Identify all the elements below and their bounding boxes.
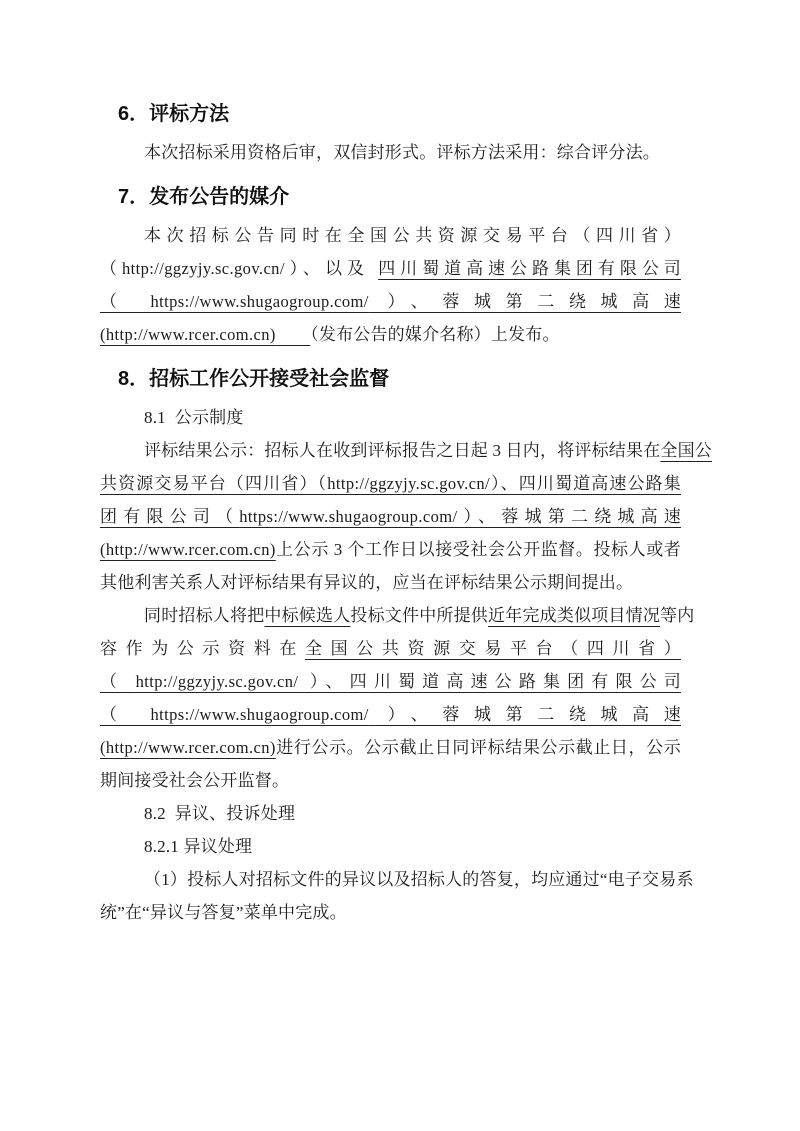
url-text: https://www.shugaogroup.com/ xyxy=(151,292,369,311)
underlined-text: （ xyxy=(100,292,151,311)
underlined-text: 团有限公司（ xyxy=(100,507,239,526)
document-page: 6．评标方法本次招标采用资格后审，双信封形式。评标方法采用：综合评分法。7．发布… xyxy=(0,0,800,1131)
section-heading: 8．招标工作公开接受社会监督 xyxy=(100,364,681,394)
text-segment: 本次招标采用资格后审，双信封形式。评标方法采用：综合评分法。 xyxy=(144,143,660,162)
text-segment: 期间接受社会公开监督。 xyxy=(100,771,289,790)
text-segment: 同时招标人将把 xyxy=(144,606,264,625)
text-line: 8.2.1 异议处理 xyxy=(100,830,681,863)
url-text: (http://www.rcer.com.cn) xyxy=(100,738,276,757)
url-text: http://ggzyjy.sc.gov.cn/ xyxy=(136,672,299,691)
text-line: 评标结果公示：招标人在收到评标报告之日起 3 日内，将评标结果在全国公 xyxy=(100,434,681,467)
text-line: 本次招标采用资格后审，双信封形式。评标方法采用：综合评分法。 xyxy=(100,136,681,169)
url-text: (http://www.rcer.com.cn) xyxy=(100,325,276,344)
document-content: 6．评标方法本次招标采用资格后审，双信封形式。评标方法采用：综合评分法。7．发布… xyxy=(100,86,681,929)
underlined-text: 全国公 xyxy=(660,441,712,460)
underlined-text: （ xyxy=(100,705,151,724)
underlined-run: 全国公共资源交易平台（四川省） xyxy=(305,639,681,658)
underlined-run: (http://www.rcer.com.cn) xyxy=(100,325,310,344)
underlined-run: (http://www.rcer.com.cn) xyxy=(100,540,276,559)
text-line: （ https://www.shugaogroup.com/ ）、蓉城第二绕城高… xyxy=(100,698,681,731)
text-line: （ https://www.shugaogroup.com/ ）、蓉城第二绕城高… xyxy=(100,285,681,318)
underlined-text: 全国公共资源交易平台（四川省） xyxy=(305,639,681,658)
heading-text: 7．发布公告的媒介 xyxy=(118,186,289,208)
underlined-run: 全国公 xyxy=(660,441,712,460)
underlined-run: （ http://ggzyjy.sc.gov.cn/ ）、四川蜀道高速公路集团有… xyxy=(100,672,681,691)
text-line: 容作为公示资料在全国公共资源交易平台（四川省） xyxy=(100,632,681,665)
text-line: 团有限公司（https://www.shugaogroup.com/）、蓉城第二… xyxy=(100,500,681,533)
underlined-run: （ https://www.shugaogroup.com/ ）、蓉城第二绕城高… xyxy=(100,705,681,724)
text-segment: （ xyxy=(100,259,122,278)
underlined-run: 近年完成类似项目情况 xyxy=(488,606,660,625)
underlined-text: ）、四川蜀道高速公路集 xyxy=(490,474,681,493)
text-line: (http://www.rcer.com.cn)上公示 3 个工作日以接受社会公… xyxy=(100,533,681,566)
url-text: http://ggzyjy.sc.gov.cn/ xyxy=(122,259,285,278)
underlined-text: ）、四川蜀道高速公路集团有限公司 xyxy=(298,672,681,691)
underlined-text xyxy=(276,325,310,344)
underlined-run: (http://www.rcer.com.cn) xyxy=(100,738,276,757)
text-segment: 评标结果公示：招标人在收到评标报告之日起 3 日内，将评标结果在 xyxy=(144,441,660,460)
text-line: (http://www.rcer.com.cn) （发布公告的媒介名称）上发布。 xyxy=(100,318,681,351)
text-line: 8.1 公示制度 xyxy=(100,401,681,434)
underlined-text: ）、蓉城第二绕城高速 xyxy=(457,507,681,526)
underlined-text: （ xyxy=(100,672,136,691)
text-line: 期间接受社会公开监督。 xyxy=(100,764,681,797)
text-segment: （1）投标人对招标文件的异议以及招标人的答复，均应通过“电子交易系 xyxy=(144,870,694,889)
url-text: https://www.shugaogroup.com/ xyxy=(239,507,457,526)
underlined-run: 共资源交易平台（四川省）（http://ggzyjy.sc.gov.cn/）、四… xyxy=(100,474,681,493)
underlined-text: 中标候选人 xyxy=(264,606,350,625)
heading-text: 8．招标工作公开接受社会监督 xyxy=(118,368,389,390)
text-segment: 统”在“异议与答复”菜单中完成。 xyxy=(100,903,347,922)
heading-text: 6．评标方法 xyxy=(118,103,229,125)
text-segment: 8.2 异议、投诉处理 xyxy=(144,804,295,823)
underlined-text: 共资源交易平台（四川省）（ xyxy=(100,474,327,493)
text-segment: 其他利害关系人对评标结果有异议的，应当在评标结果公示期间提出。 xyxy=(100,573,633,592)
underlined-run: （ https://www.shugaogroup.com/ ）、蓉城第二绕城高… xyxy=(100,292,681,311)
section-heading: 6．评标方法 xyxy=(100,99,681,129)
url-text: (http://www.rcer.com.cn) xyxy=(100,540,276,559)
underlined-run: 团有限公司（https://www.shugaogroup.com/）、蓉城第二… xyxy=(100,507,681,526)
text-line: 共资源交易平台（四川省）（http://ggzyjy.sc.gov.cn/）、四… xyxy=(100,467,681,500)
section-heading: 7．发布公告的媒介 xyxy=(100,182,681,212)
text-line: （1）投标人对招标文件的异议以及招标人的答复，均应通过“电子交易系 xyxy=(100,863,681,896)
underlined-text: 四川蜀道高速公路集团有限公司 xyxy=(378,259,681,278)
text-segment: 上公示 3 个工作日以接受社会公开监督。投标人或者 xyxy=(276,540,681,559)
text-segment: 进行公示。公示截止日同评标结果公示截止日，公示 xyxy=(276,738,681,757)
text-line: 8.2 异议、投诉处理 xyxy=(100,797,681,830)
text-line: （http://ggzyjy.sc.gov.cn/）、以及 四川蜀道高速公路集团… xyxy=(100,252,681,285)
text-line: 同时招标人将把中标候选人投标文件中所提供近年完成类似项目情况等内 xyxy=(100,599,681,632)
url-text: http://ggzyjy.sc.gov.cn/ xyxy=(327,474,490,493)
text-segment: 8.1 公示制度 xyxy=(144,408,244,427)
url-text: https://www.shugaogroup.com/ xyxy=(151,705,369,724)
text-line: (http://www.rcer.com.cn)进行公示。公示截止日同评标结果公… xyxy=(100,731,681,764)
text-segment: （发布公告的媒介名称）上发布。 xyxy=(310,325,560,344)
underlined-text: 近年完成类似项目情况 xyxy=(488,606,660,625)
text-segment: 本次招标公告同时在全国公共资源交易平台（四川省） xyxy=(144,226,681,245)
text-line: 本次招标公告同时在全国公共资源交易平台（四川省） xyxy=(100,219,681,252)
underlined-run: 中标候选人 xyxy=(264,606,350,625)
text-line: （ http://ggzyjy.sc.gov.cn/ ）、四川蜀道高速公路集团有… xyxy=(100,665,681,698)
underlined-run: 四川蜀道高速公路集团有限公司 xyxy=(378,259,681,278)
underlined-text: ）、蓉城第二绕城高速 xyxy=(369,292,681,311)
text-segment: ）、以及 xyxy=(285,259,378,278)
text-segment: 容作为公示资料在 xyxy=(100,639,305,658)
text-segment: 投标文件中所提供 xyxy=(350,606,488,625)
text-line: 其他利害关系人对评标结果有异议的，应当在评标结果公示期间提出。 xyxy=(100,566,681,599)
underlined-text: ）、蓉城第二绕城高速 xyxy=(369,705,681,724)
text-line: 统”在“异议与答复”菜单中完成。 xyxy=(100,896,681,929)
text-segment: 8.2.1 异议处理 xyxy=(144,837,252,856)
text-segment: 等内 xyxy=(660,606,694,625)
